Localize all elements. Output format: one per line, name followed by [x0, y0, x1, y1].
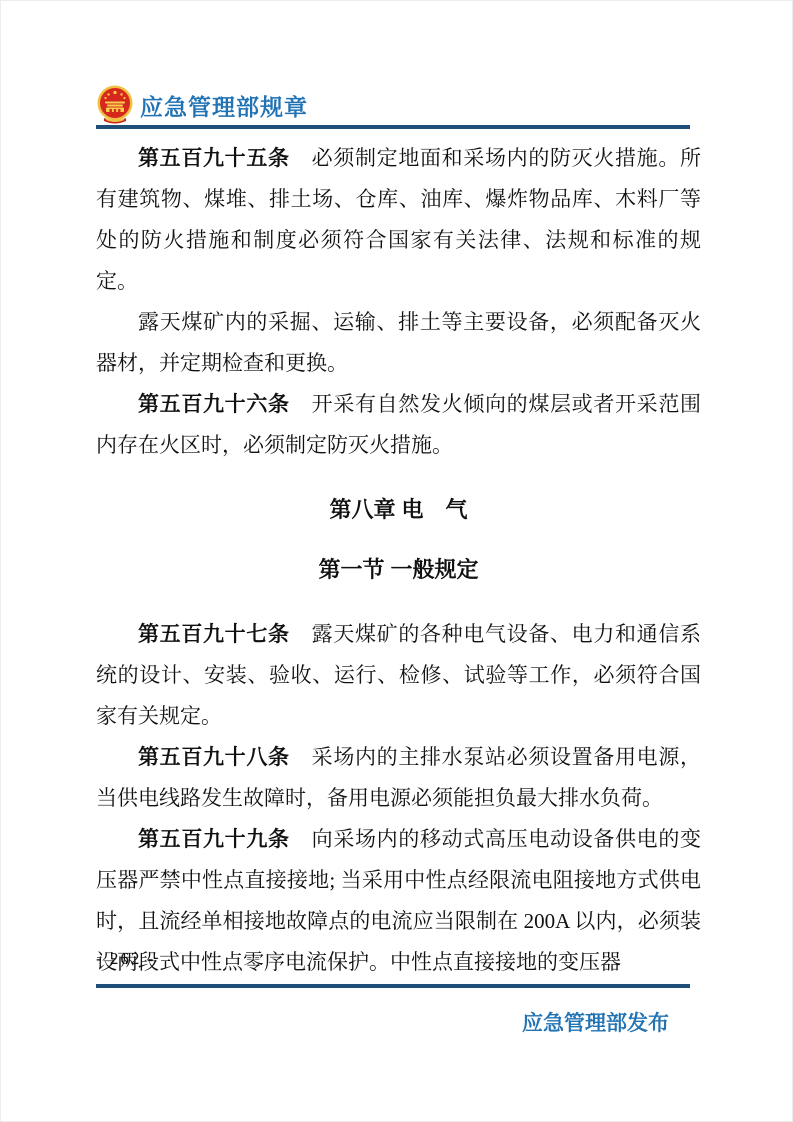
article-598: 第五百九十八条采场内的主排水泵站必须设置备用电源，当供电线路发生故障时，备用电源…: [96, 737, 701, 819]
article-596: 第五百九十六条开采有自然发火倾向的煤层或者开采范围内存在火区时，必须制定防灭火措…: [96, 384, 701, 466]
chapter-heading: 第八章 电 气: [96, 489, 701, 530]
header-divider: [96, 125, 690, 129]
footer-divider: [96, 984, 690, 988]
article-596-number: 第五百九十六条: [138, 393, 290, 416]
article-595-paragraph2-text: 露天煤矿内的采掘、运输、排土等主要设备，必须配备灭火器材，并定期检查和更换。: [96, 310, 701, 375]
publisher-label: 应急管理部发布: [522, 1007, 669, 1037]
page-number: - 262 -: [96, 949, 155, 969]
page-header: 应急管理部规章: [96, 85, 308, 125]
article-598-number: 第五百九十八条: [138, 746, 290, 769]
article-599: 第五百九十九条向采场内的移动式高压电动设备供电的变压器严禁中性点直接接地; 当采…: [96, 819, 701, 983]
article-599-number: 第五百九十九条: [138, 828, 290, 851]
article-595: 第五百九十五条必须制定地面和采场内的防灭火措施。所有建筑物、煤堆、排土场、仓库、…: [96, 138, 701, 302]
header-title: 应急管理部规章: [140, 89, 308, 122]
article-595-number: 第五百九十五条: [138, 147, 290, 170]
document-body: 第五百九十五条必须制定地面和采场内的防灭火措施。所有建筑物、煤堆、排土场、仓库、…: [96, 138, 701, 983]
section-heading: 第一节 一般规定: [96, 549, 701, 590]
national-emblem-icon: [96, 85, 134, 125]
article-595-paragraph2: 露天煤矿内的采掘、运输、排土等主要设备，必须配备灭火器材，并定期检查和更换。: [96, 302, 701, 384]
document-page: 应急管理部规章 第五百九十五条必须制定地面和采场内的防灭火措施。所有建筑物、煤堆…: [0, 0, 793, 1122]
article-597: 第五百九十七条露天煤矿的各种电气设备、电力和通信系统的设计、安装、验收、运行、检…: [96, 614, 701, 737]
article-597-number: 第五百九十七条: [138, 623, 290, 646]
